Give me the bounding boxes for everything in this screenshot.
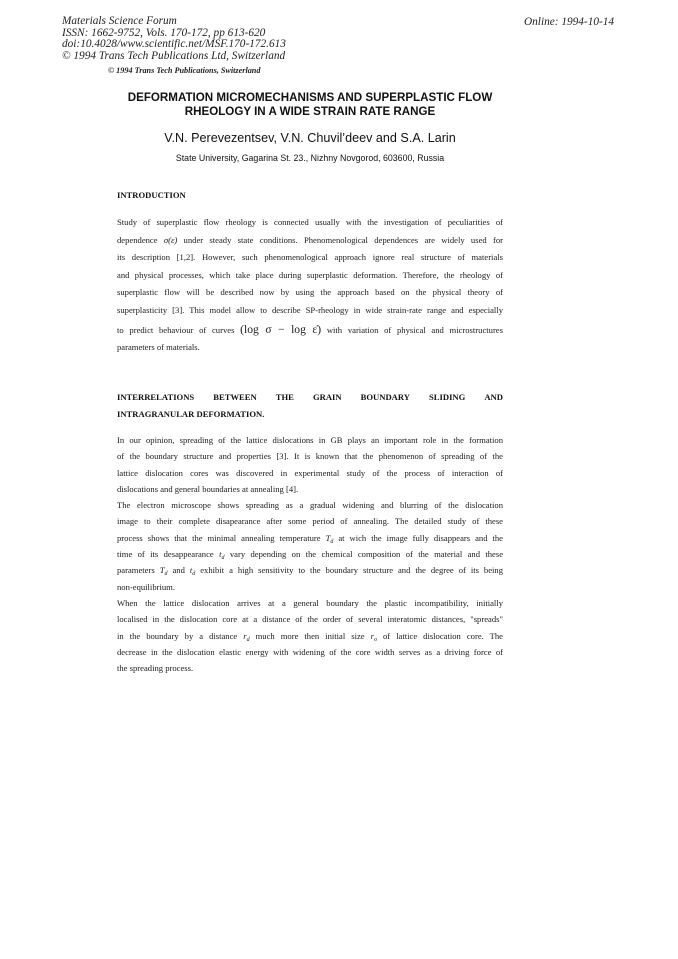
text-line: in the boundary by a distance rd much mo… bbox=[117, 628, 503, 644]
text-line: process shows that the minimal annealing… bbox=[117, 530, 503, 546]
citation-header: Materials Science Forum ISSN: 1662-9752,… bbox=[62, 16, 286, 62]
text: under steady state conditions. Phenomeno… bbox=[184, 235, 503, 245]
symbol-r-d: rd bbox=[243, 631, 249, 641]
text-line: parameters Td and td exhibit a high sens… bbox=[117, 562, 503, 578]
subscript: o bbox=[374, 637, 377, 643]
subscript: d bbox=[192, 571, 195, 577]
text: process shows that the minimal annealing… bbox=[117, 533, 321, 543]
text-line: The electron microscope shows spreading … bbox=[117, 497, 503, 513]
text-line: image to their complete disapearance aft… bbox=[117, 513, 503, 529]
subscript: d bbox=[247, 637, 250, 643]
text-line: parameters of materials. bbox=[117, 339, 503, 357]
heading-word: THE bbox=[276, 389, 294, 406]
subscript: d bbox=[164, 571, 167, 577]
heading-word: SLIDING bbox=[429, 389, 465, 406]
text-line: of the boundary structure and properties… bbox=[117, 448, 503, 464]
symbol-t-d: td bbox=[219, 549, 224, 559]
affiliation: State University, Gagarina St. 23., Nizh… bbox=[100, 153, 520, 163]
introduction-paragraph: Study of superplastic flow rheology is c… bbox=[117, 214, 503, 357]
heading-word: GRAIN bbox=[313, 389, 342, 406]
text-line: decrease in the dislocation elastic ener… bbox=[117, 644, 503, 660]
text: at wich the image fully disappears and t… bbox=[338, 533, 503, 543]
symbol-t-d: td bbox=[190, 565, 195, 575]
text-line: dislocations and general boundaries at a… bbox=[117, 481, 503, 497]
text: dependence bbox=[117, 235, 158, 245]
paper-title: DEFORMATION MICROMECHANISMS AND SUPERPLA… bbox=[100, 91, 520, 119]
copyright-line: © 1994 Trans Tech Publications Ltd, Swit… bbox=[62, 51, 286, 63]
text-line: dependence σ(ε̇) under steady state cond… bbox=[117, 232, 503, 250]
authors: V.N. Perevezentsev, V.N. Chuvil’deev and… bbox=[100, 131, 520, 145]
heading-word: INTERRELATIONS bbox=[117, 389, 194, 406]
text-line: to predict behaviour of curves (log σ − … bbox=[117, 319, 503, 339]
subscript: d bbox=[330, 539, 333, 545]
journal-name: Materials Science Forum bbox=[62, 16, 286, 28]
text-line: superplastic flow will be described now … bbox=[117, 284, 503, 302]
title-line-2: RHEOLOGY IN A WIDE STRAIN RATE RANGE bbox=[100, 105, 520, 119]
copyright-small: © 1994 Trans Tech Publications, Switzerl… bbox=[108, 66, 260, 75]
text-line: the spreading process. bbox=[117, 660, 503, 676]
text: with variation of physical and microstru… bbox=[327, 325, 503, 335]
text-line: non-equilibrium. bbox=[117, 579, 503, 595]
heading-introduction: INTRODUCTION bbox=[117, 190, 186, 200]
text-line: its description [1,2]. However, such phe… bbox=[117, 249, 503, 267]
text-line: Study of superplastic flow rheology is c… bbox=[117, 214, 503, 232]
subscript: d bbox=[222, 555, 225, 561]
math-sigma-epsilon: σ(ε̇) bbox=[164, 235, 177, 245]
text: in the boundary by a distance bbox=[117, 631, 237, 641]
text: time of its desappearance bbox=[117, 549, 214, 559]
text: and bbox=[172, 565, 184, 575]
online-date: Online: 1994-10-14 bbox=[524, 16, 614, 28]
symbol-r-o: ro bbox=[371, 631, 377, 641]
symbol-T-d: Td bbox=[326, 533, 334, 543]
symbol-T-d: Td bbox=[160, 565, 168, 575]
heading-line-2: INTRAGRANULAR DEFORMATION. bbox=[117, 406, 503, 423]
text: to predict behaviour of curves bbox=[117, 325, 234, 335]
text-line: superplasticity [3]. This model allow to… bbox=[117, 302, 503, 320]
title-line-1: DEFORMATION MICROMECHANISMS AND SUPERPLA… bbox=[100, 91, 520, 105]
text-line: localised in the dislocation core at a d… bbox=[117, 611, 503, 627]
text: parameters bbox=[117, 565, 155, 575]
heading-word: BOUNDARY bbox=[361, 389, 410, 406]
text: of lattice dislocation core. The bbox=[383, 631, 503, 641]
math-log-curve: (log σ − log ε̇) bbox=[240, 323, 321, 336]
heading-line-1: INTERRELATIONS BETWEEN THE GRAIN BOUNDAR… bbox=[117, 389, 503, 406]
text-line: time of its desappearance td vary depend… bbox=[117, 546, 503, 562]
text: much more then initial size bbox=[256, 631, 365, 641]
heading-interrelations: INTERRELATIONS BETWEEN THE GRAIN BOUNDAR… bbox=[117, 389, 503, 423]
text-line: In our opinion, spreading of the lattice… bbox=[117, 432, 503, 448]
text-line: lattice dislocation cores was discovered… bbox=[117, 465, 503, 481]
text: exhibit a high sensitivity to the bounda… bbox=[200, 565, 503, 575]
text: vary depending on the chemical compositi… bbox=[230, 549, 503, 559]
text-line: When the lattice dislocation arrives at … bbox=[117, 595, 503, 611]
heading-word: BETWEEN bbox=[213, 389, 256, 406]
text-line: and physical processes, which take place… bbox=[117, 267, 503, 285]
heading-word: AND bbox=[484, 389, 503, 406]
interrelations-body: In our opinion, spreading of the lattice… bbox=[117, 432, 503, 676]
